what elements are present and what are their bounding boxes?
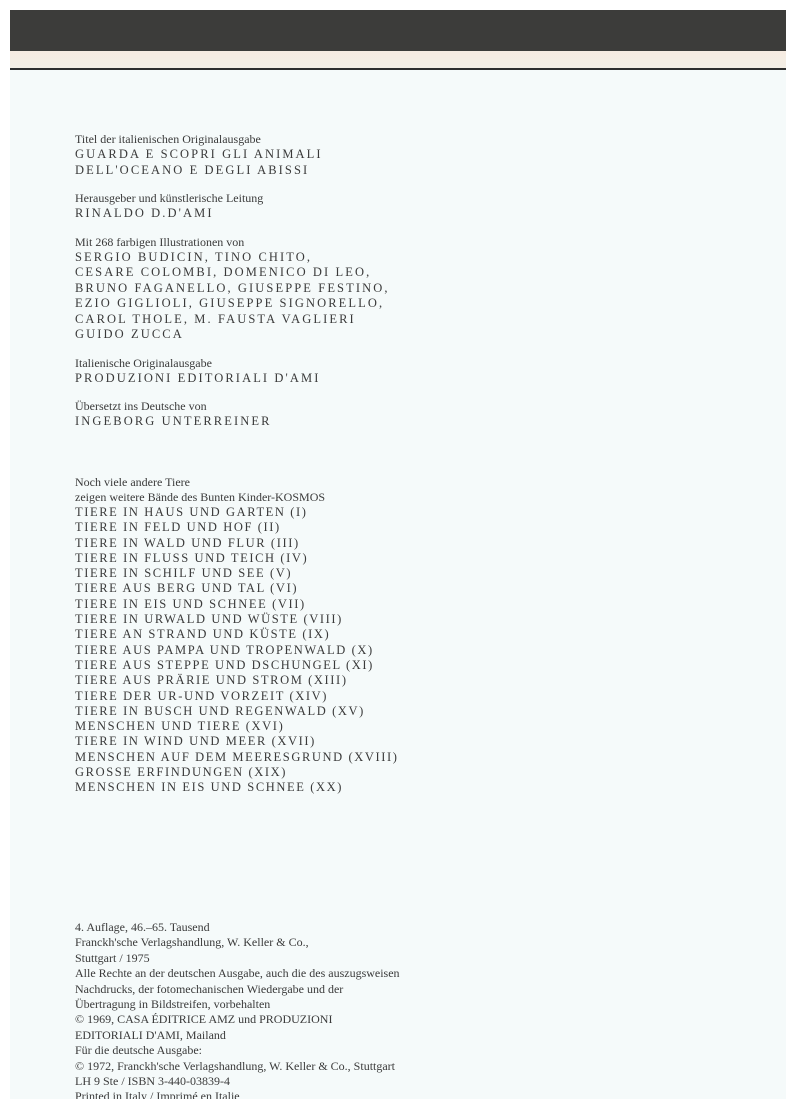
- imprint-line: Alle Rechte an der deutschen Ausgabe, au…: [75, 966, 400, 981]
- series-intro-line: zeigen weitere Bände des Bunten Kinder-K…: [75, 490, 399, 505]
- series-intro-line: Noch viele andere Tiere: [75, 475, 399, 490]
- series-volume-item: TIERE AUS PRÄRIE UND STROM (XIII): [75, 673, 399, 688]
- series-volume-item: GROSSE ERFINDUNGEN (XIX): [75, 765, 399, 780]
- illustrators-label: Mit 268 farbigen Illustrationen von: [75, 235, 390, 250]
- original-title-line: GUARDA E SCOPRI GLI ANIMALI: [75, 147, 390, 163]
- illustrators-line: BRUNO FAGANELLO, GIUSEPPE FESTINO,: [75, 281, 390, 297]
- series-volume-item: TIERE IN WALD UND FLUR (III): [75, 536, 399, 551]
- original-title-block: Titel der italienischen Originalausgabe …: [75, 132, 390, 178]
- illustrators-line: CESARE COLOMBI, DOMENICO DI LEO,: [75, 265, 390, 281]
- series-volume-item: MENSCHEN AUF DEM MEERESGRUND (XVIII): [75, 750, 399, 765]
- imprint-line: 4. Auflage, 46.–65. Tausend: [75, 920, 400, 935]
- series-volume-item: TIERE AUS STEPPE UND DSCHUNGEL (XI): [75, 658, 399, 673]
- imprint-line: © 1969, CASA ÉDITRICE AMZ und PRODUZIONI: [75, 1012, 400, 1027]
- imprint-line: Für die deutsche Ausgabe:: [75, 1043, 400, 1058]
- original-publisher-label: Italienische Originalausgabe: [75, 356, 390, 371]
- illustrators-line: GUIDO ZUCCA: [75, 327, 390, 343]
- series-volume-list: TIERE IN HAUS UND GARTEN (I)TIERE IN FEL…: [75, 505, 399, 796]
- original-title-line: DELL'OCEANO E DEGLI ABISSI: [75, 163, 390, 179]
- editor-block: Herausgeber und künstlerische Leitung RI…: [75, 191, 390, 222]
- series-list-section: Noch viele andere Tiere zeigen weitere B…: [75, 475, 399, 796]
- series-volume-item: MENSCHEN UND TIERE (XVI): [75, 719, 399, 734]
- imprint-line: Printed in Italy / Imprimé en Italie: [75, 1089, 400, 1099]
- original-title-label: Titel der italienischen Originalausgabe: [75, 132, 390, 147]
- imprint-line: Franckh'sche Verlagshandlung, W. Keller …: [75, 935, 400, 950]
- illustrators-line: SERGIO BUDICIN, TINO CHITO,: [75, 250, 390, 266]
- series-volume-item: TIERE IN FLUSS UND TEICH (IV): [75, 551, 399, 566]
- series-volume-item: TIERE AUS PAMPA UND TROPENWALD (X): [75, 643, 399, 658]
- editor-name: RINALDO D.D'AMI: [75, 206, 390, 222]
- series-volume-item: TIERE IN FELD UND HOF (II): [75, 520, 399, 535]
- imprint-line: LH 9 Ste / ISBN 3-440-03839-4: [75, 1074, 400, 1089]
- translator-name: INGEBORG UNTERREINER: [75, 414, 390, 430]
- imprint-line: © 1972, Franckh'sche Verlagshandlung, W.…: [75, 1059, 400, 1074]
- series-volume-item: TIERE AN STRAND UND KÜSTE (IX): [75, 627, 399, 642]
- translator-block: Übersetzt ins Deutsche von INGEBORG UNTE…: [75, 399, 390, 430]
- original-publisher-block: Italienische Originalausgabe PRODUZIONI …: [75, 356, 390, 387]
- page-edge-strip: [10, 51, 786, 70]
- series-volume-item: TIERE AUS BERG UND TAL (VI): [75, 581, 399, 596]
- imprint-line: EDITORIALI D'AMI, Mailand: [75, 1028, 400, 1043]
- series-volume-item: TIERE DER UR-UND VORZEIT (XIV): [75, 689, 399, 704]
- series-volume-item: TIERE IN HAUS UND GARTEN (I): [75, 505, 399, 520]
- series-volume-item: TIERE IN URWALD UND WÜSTE (VIII): [75, 612, 399, 627]
- illustrators-line: CAROL THOLE, M. FAUSTA VAGLIERI: [75, 312, 390, 328]
- series-volume-item: TIERE IN WIND UND MEER (XVII): [75, 734, 399, 749]
- illustrators-block: Mit 268 farbigen Illustrationen von SERG…: [75, 235, 390, 343]
- series-volume-item: MENSCHEN IN EIS UND SCHNEE (XX): [75, 780, 399, 795]
- series-volume-item: TIERE IN EIS UND SCHNEE (VII): [75, 597, 399, 612]
- series-volume-item: TIERE IN SCHILF UND SEE (V): [75, 566, 399, 581]
- illustrators-line: EZIO GIGLIOLI, GIUSEPPE SIGNORELLO,: [75, 296, 390, 312]
- series-volume-item: TIERE IN BUSCH UND REGENWALD (XV): [75, 704, 399, 719]
- imprint-section: 4. Auflage, 46.–65. TausendFranckh'sche …: [75, 920, 400, 1099]
- imprint-line: Nachdrucks, der fotomechanischen Wiederg…: [75, 982, 400, 997]
- imprint-line: Stuttgart / 1975: [75, 951, 400, 966]
- imprint-line: Übertragung in Bildstreifen, vorbehalten: [75, 997, 400, 1012]
- translator-label: Übersetzt ins Deutsche von: [75, 399, 390, 414]
- credits-section: Titel der italienischen Originalausgabe …: [75, 132, 390, 443]
- original-publisher-name: PRODUZIONI EDITORIALI D'AMI: [75, 371, 390, 387]
- dark-cover-band: [10, 10, 786, 51]
- editor-label: Herausgeber und künstlerische Leitung: [75, 191, 390, 206]
